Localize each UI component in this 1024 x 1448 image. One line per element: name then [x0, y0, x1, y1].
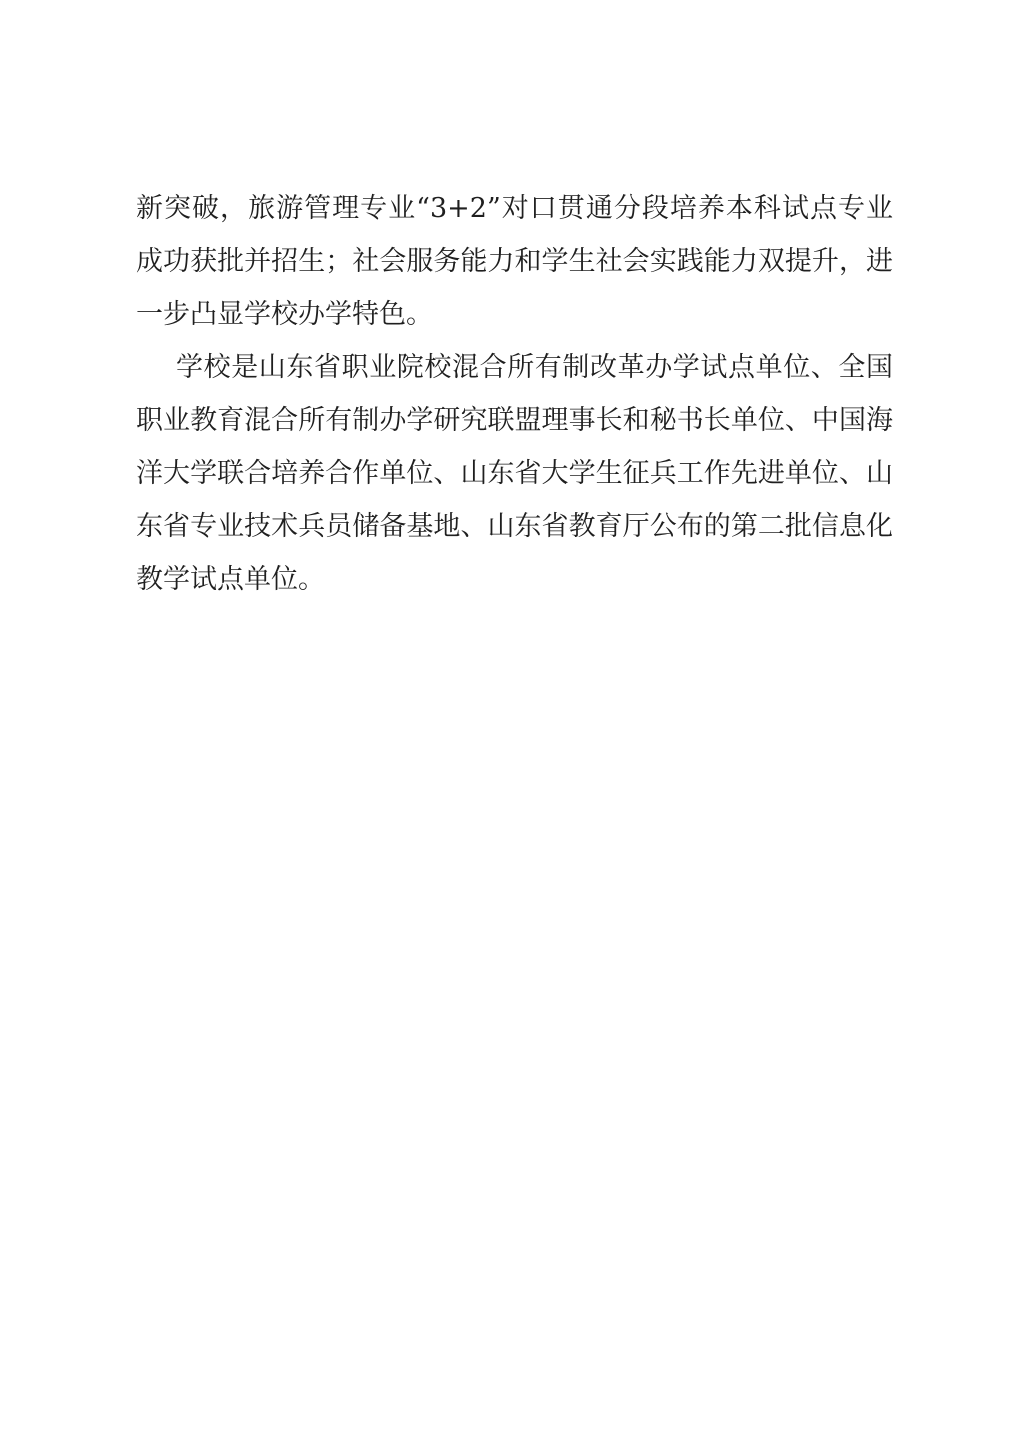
paragraph-2-line-1: 学校是山东省职业院校混合所有制改革办学试点单位、全国 [136, 341, 893, 394]
document-body: 新突破，旅游管理专业“3+2”对口贯通分段培养本科试点专业 成功获批并招生；社会… [136, 182, 893, 606]
paragraph-2-line-2: 职业教育混合所有制办学研究联盟理事长和秘书长单位、中国海 [136, 394, 893, 447]
paragraph-2-line-5: 教学试点单位。 [136, 553, 893, 606]
paragraph-2-line-3: 洋大学联合培养合作单位、山东省大学生征兵工作先进单位、山 [136, 447, 893, 500]
paragraph-2-line-4: 东省专业技术兵员储备基地、山东省教育厅公布的第二批信息化 [136, 500, 893, 553]
paragraph-1-line-2: 成功获批并招生；社会服务能力和学生社会实践能力双提升，进 [136, 235, 893, 288]
paragraph-1-line-3: 一步凸显学校办学特色。 [136, 288, 893, 341]
document-page: 新突破，旅游管理专业“3+2”对口贯通分段培养本科试点专业 成功获批并招生；社会… [0, 0, 1024, 1448]
paragraph-1-line-1: 新突破，旅游管理专业“3+2”对口贯通分段培养本科试点专业 [136, 182, 893, 235]
